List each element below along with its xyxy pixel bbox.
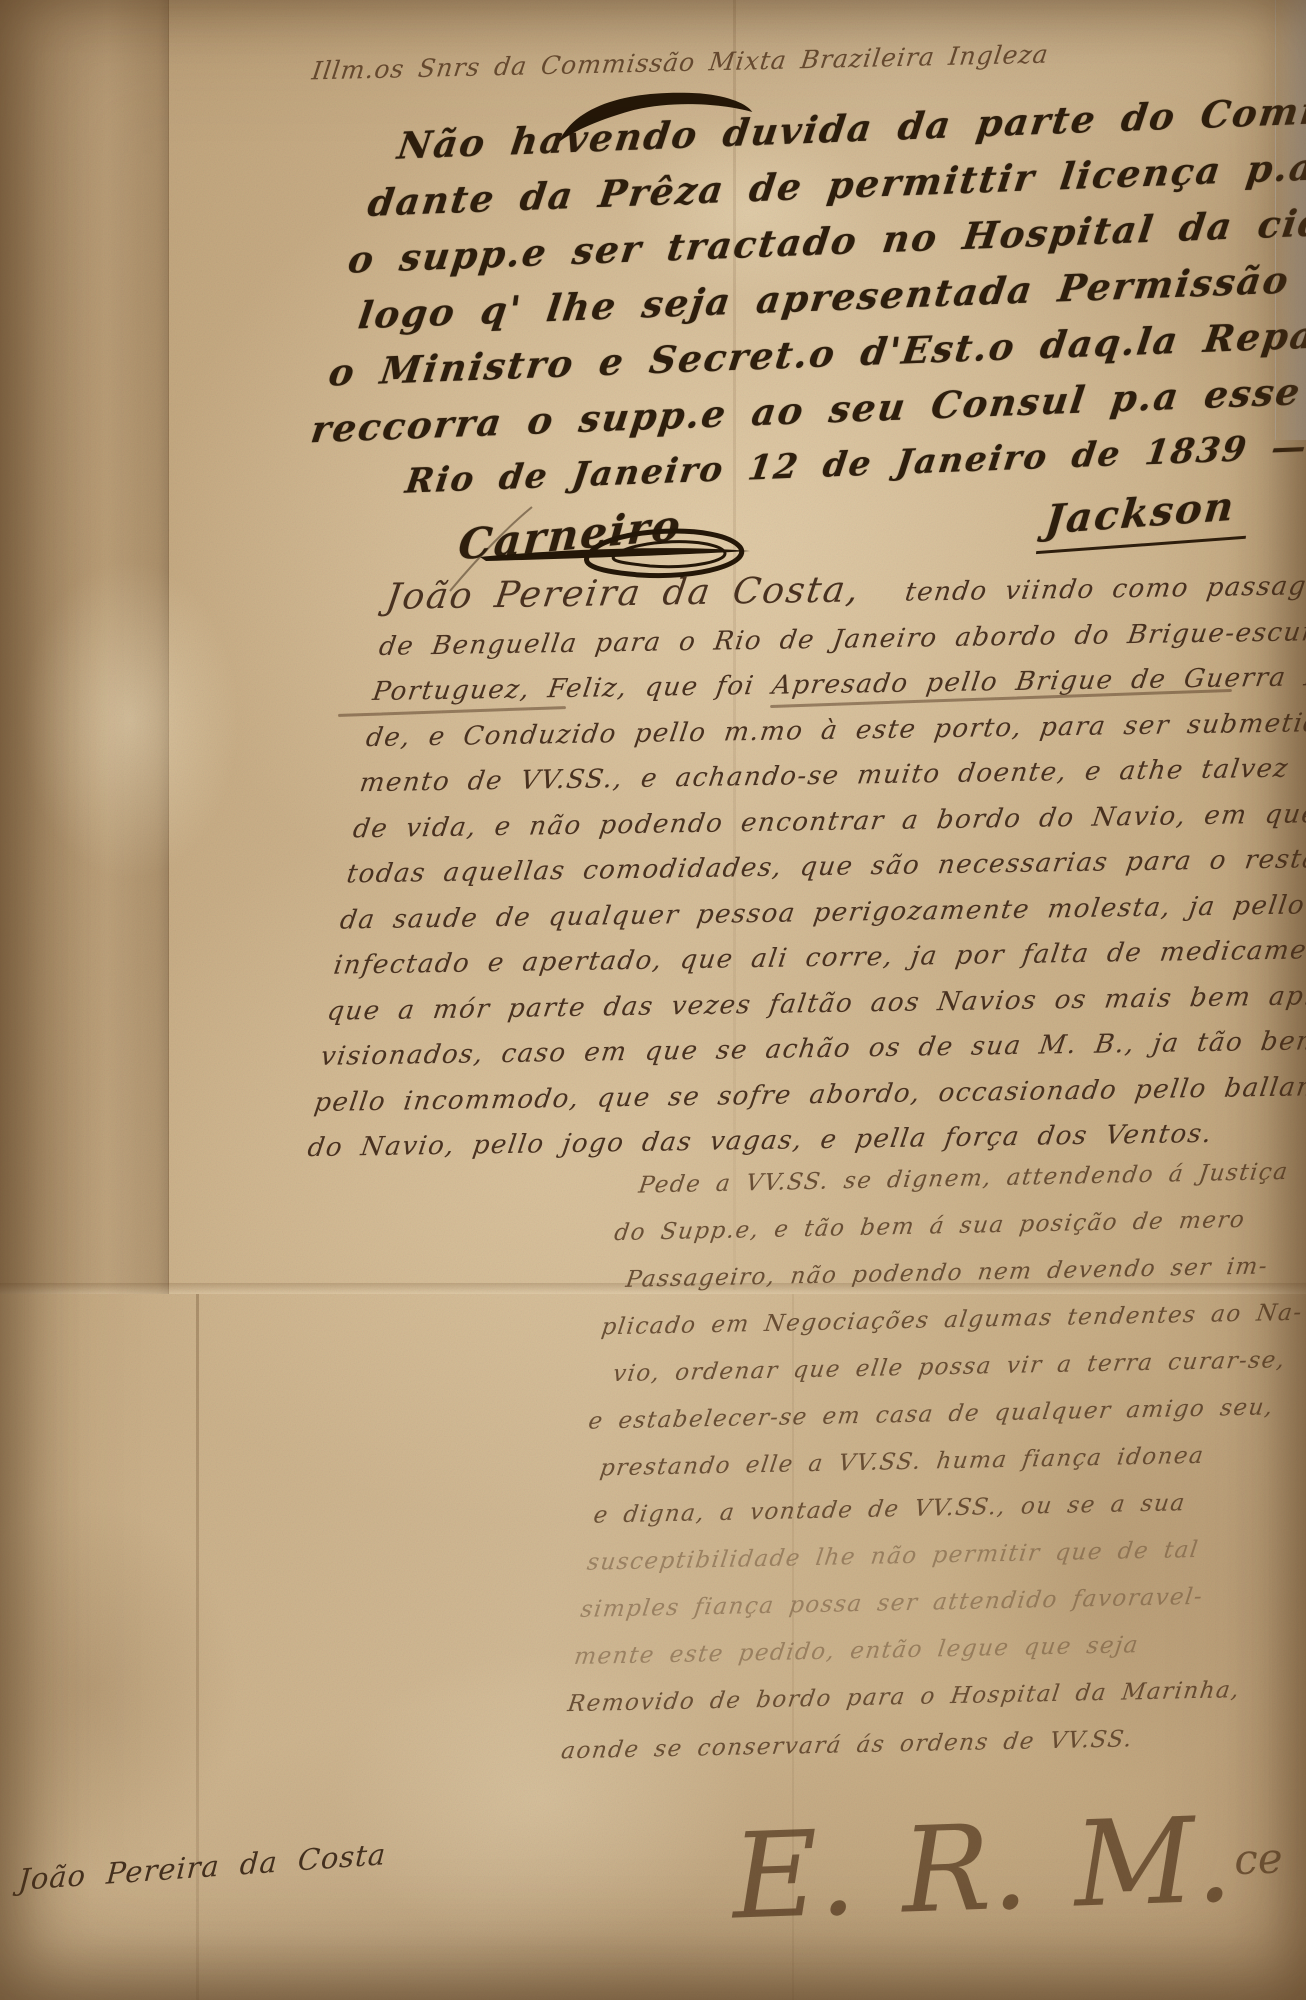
closing-superscript: ce: [1233, 1833, 1283, 1884]
quill-flourish: [440, 505, 770, 595]
address-line: Illm.os Snrs da Commissão Mixta Brazilei…: [310, 40, 1050, 86]
vertical-fold-line: [196, 1294, 199, 2000]
petition-request: Pede a VV.SS. se dignem, attendendo á Ju…: [558, 1148, 1306, 1776]
closing-letter-r: R.: [899, 1797, 1030, 1939]
manuscript-page: Illm.os Snrs da Commissão Mixta Brazilei…: [0, 0, 1306, 2000]
signature-jackson: Jackson: [1036, 478, 1252, 555]
paper-stain: [0, 1500, 240, 1880]
closing-letter-e: E.: [730, 1803, 858, 1945]
left-fold-shadow: [0, 0, 169, 1294]
closing-formula: E. R. M.ce: [730, 1788, 1285, 1945]
signature-joao-pereira: João Pereira da Costa: [17, 1837, 387, 1897]
body-text: tendo viindo como passageiro: [903, 570, 1306, 607]
closing-letter-m: M.ce: [1072, 1788, 1285, 1933]
petition-body: João Pereira da Costa, tendo viindo como…: [305, 560, 1306, 1172]
